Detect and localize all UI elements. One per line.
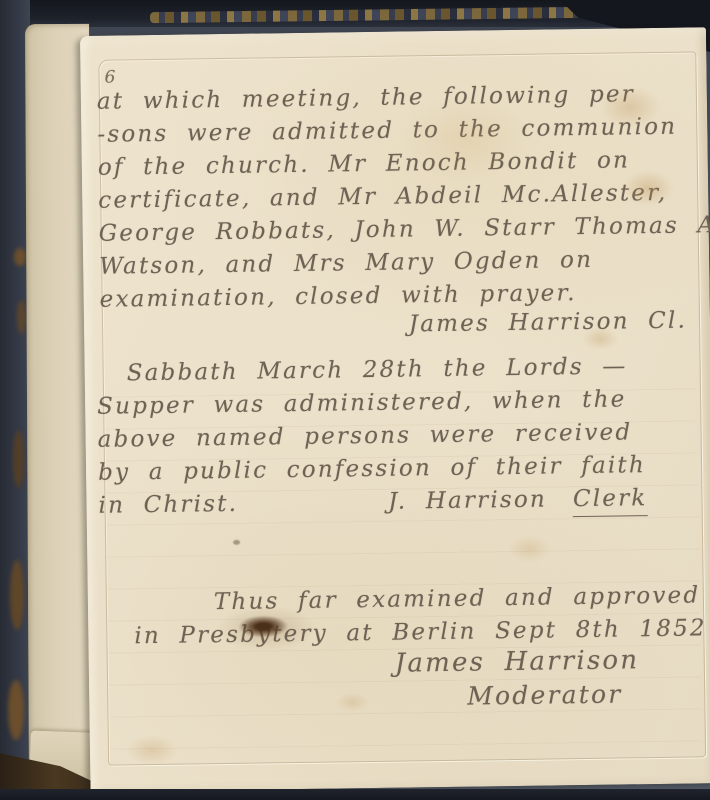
book-scan: 6 at which meeting, the following per -s… [0, 0, 710, 800]
leather-wear-spot [14, 248, 26, 266]
clerk-signature: J. Harrison [388, 484, 547, 519]
leather-wear-spot [13, 430, 24, 488]
moderator-signature: James Harrison [395, 644, 689, 681]
leather-wear-spot [17, 300, 26, 334]
book-cover-bottom-edge [0, 789, 710, 800]
paragraph-presbytery-approval: Thus far examined and approved in Presby… [148, 580, 690, 718]
clerk-title: Clerk [573, 482, 648, 517]
leather-wear-spot [8, 680, 24, 740]
manuscript-page: 6 at which meeting, the following per -s… [80, 27, 710, 792]
paragraph-lords-supper: Sabbath March 28th the Lords — Supper wa… [96, 349, 696, 523]
manuscript-line: in Christ. [98, 488, 238, 523]
paragraph-communion-record: at which meeting, the following per -son… [97, 77, 696, 345]
spacer [238, 509, 388, 511]
moderator-title: Moderator [467, 677, 689, 713]
leather-wear-spot [10, 560, 24, 630]
clerk-signature: James Harrison Cl. [409, 305, 688, 342]
